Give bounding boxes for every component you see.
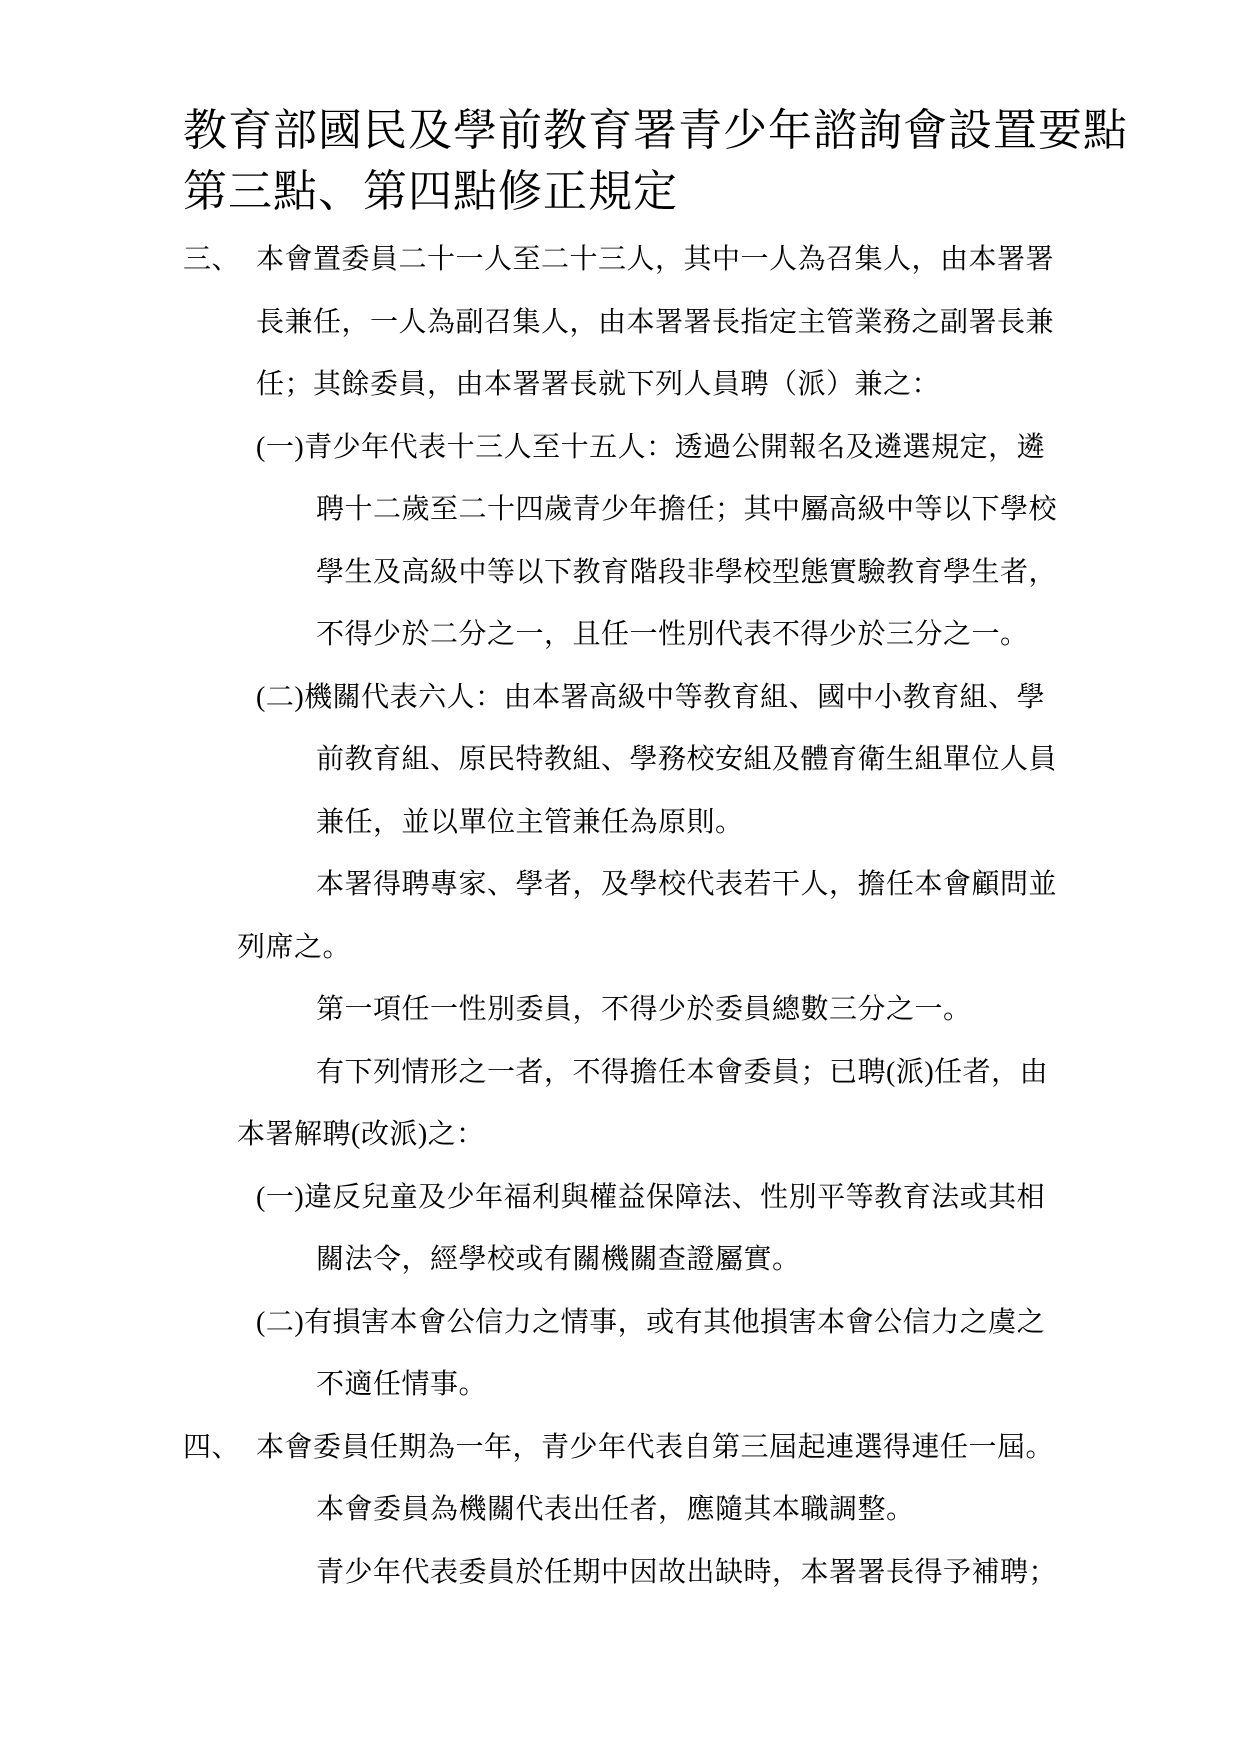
- document-body: 三、 本會置委員二十一人至二十三人，其中一人為召集人，由本署署 長兼任，一人為副…: [0, 229, 1241, 1604]
- line-text: 列席之。: [237, 932, 351, 963]
- line-text: 本署解聘(改派)之：: [237, 1119, 485, 1150]
- line-text: 本會置委員二十一人至二十三人，其中一人為召集人，由本署署: [256, 244, 1054, 275]
- text-line: 前教育組、原民特教組、學務校安組及體育衛生組單位人員: [0, 729, 1241, 792]
- text-line: (二)機關代表六人：由本署高級中等教育組、國中小教育組、學: [0, 667, 1241, 730]
- text-line: 不適任情事。: [0, 1354, 1241, 1417]
- text-line: (一)青少年代表十三人至十五人：透過公開報名及遴選規定，遴: [0, 417, 1241, 480]
- line-text: 青少年代表委員於任期中因故出缺時，本署署長得予補聘；: [316, 1557, 1057, 1588]
- text-line: 學生及高級中等以下教育階段非學校型態實驗教育學生者，: [0, 542, 1241, 605]
- text-line: (二)有損害本會公信力之情事，或有其他損害本會公信力之虞之: [0, 1292, 1241, 1355]
- item-number-4: 四、: [183, 1417, 240, 1480]
- document-page: 教育部國民及學前教育署青少年諮詢會設置要點 第三點、第四點修正規定 三、 本會置…: [0, 0, 1241, 1754]
- document-title: 教育部國民及學前教育署青少年諮詢會設置要點 第三點、第四點修正規定: [183, 100, 1128, 222]
- line-text: 本會委員為機關代表出任者，應隨其本職調整。: [316, 1494, 915, 1525]
- text-line: 本會委員為機關代表出任者，應隨其本職調整。: [0, 1479, 1241, 1542]
- text-line: 三、 本會置委員二十一人至二十三人，其中一人為召集人，由本署署: [0, 229, 1241, 292]
- line-text: 學生及高級中等以下教育階段非學校型態實驗教育學生者，: [316, 557, 1057, 588]
- text-line: 關法令，經學校或有關機關查證屬實。: [0, 1229, 1241, 1292]
- line-text: 前教育組、原民特教組、學務校安組及體育衛生組單位人員: [316, 744, 1057, 775]
- title-line-2: 第三點、第四點修正規定: [183, 161, 1128, 222]
- text-line: 列席之。: [0, 917, 1241, 980]
- line-text: 長兼任，一人為副召集人，由本署署長指定主管業務之副署長兼: [256, 307, 1054, 338]
- title-line-1: 教育部國民及學前教育署青少年諮詢會設置要點: [183, 100, 1128, 161]
- item-number-3: 三、: [183, 229, 240, 292]
- text-line: 第一項任一性別委員，不得少於委員總數三分之一。: [0, 979, 1241, 1042]
- line-text: 有下列情形之一者，不得擔任本會委員；已聘(派)任者，由: [316, 1057, 1048, 1088]
- text-line: 長兼任，一人為副召集人，由本署署長指定主管業務之副署長兼: [0, 292, 1241, 355]
- text-line: 聘十二歲至二十四歲青少年擔任；其中屬高級中等以下學校: [0, 479, 1241, 542]
- line-text: 不得少於二分之一，且任一性別代表不得少於三分之一。: [316, 619, 1029, 650]
- line-text: (二)機關代表六人：由本署高級中等教育組、國中小教育組、學: [256, 682, 1045, 713]
- line-text: 第一項任一性別委員，不得少於委員總數三分之一。: [316, 994, 972, 1025]
- text-line: 青少年代表委員於任期中因故出缺時，本署署長得予補聘；: [0, 1542, 1241, 1605]
- line-text: 關法令，經學校或有關機關查證屬實。: [316, 1244, 801, 1275]
- line-text: 任；其餘委員，由本署署長就下列人員聘（派）兼之：: [256, 369, 940, 400]
- line-text: (一)青少年代表十三人至十五人：透過公開報名及遴選規定，遴: [256, 432, 1045, 463]
- line-text: 本會委員任期為一年，青少年代表自第三屆起連選得連任一屆。: [256, 1432, 1054, 1463]
- line-text: 兼任，並以單位主管兼任為原則。: [316, 807, 744, 838]
- text-line: 兼任，並以單位主管兼任為原則。: [0, 792, 1241, 855]
- text-line: (一)違反兒童及少年福利與權益保障法、性別平等教育法或其相: [0, 1167, 1241, 1230]
- line-text: (一)違反兒童及少年福利與權益保障法、性別平等教育法或其相: [256, 1182, 1045, 1213]
- text-line: 本署解聘(改派)之：: [0, 1104, 1241, 1167]
- line-text: 本署得聘專家、學者，及學校代表若干人，擔任本會顧問並: [316, 869, 1057, 900]
- text-line: 有下列情形之一者，不得擔任本會委員；已聘(派)任者，由: [0, 1042, 1241, 1105]
- text-line: 四、 本會委員任期為一年，青少年代表自第三屆起連選得連任一屆。: [0, 1417, 1241, 1480]
- text-line: 任；其餘委員，由本署署長就下列人員聘（派）兼之：: [0, 354, 1241, 417]
- text-line: 本署得聘專家、學者，及學校代表若干人，擔任本會顧問並: [0, 854, 1241, 917]
- line-text: 不適任情事。: [316, 1369, 487, 1400]
- text-line: 不得少於二分之一，且任一性別代表不得少於三分之一。: [0, 604, 1241, 667]
- line-text: 聘十二歲至二十四歲青少年擔任；其中屬高級中等以下學校: [316, 494, 1057, 525]
- line-text: (二)有損害本會公信力之情事，或有其他損害本會公信力之虞之: [256, 1307, 1045, 1338]
